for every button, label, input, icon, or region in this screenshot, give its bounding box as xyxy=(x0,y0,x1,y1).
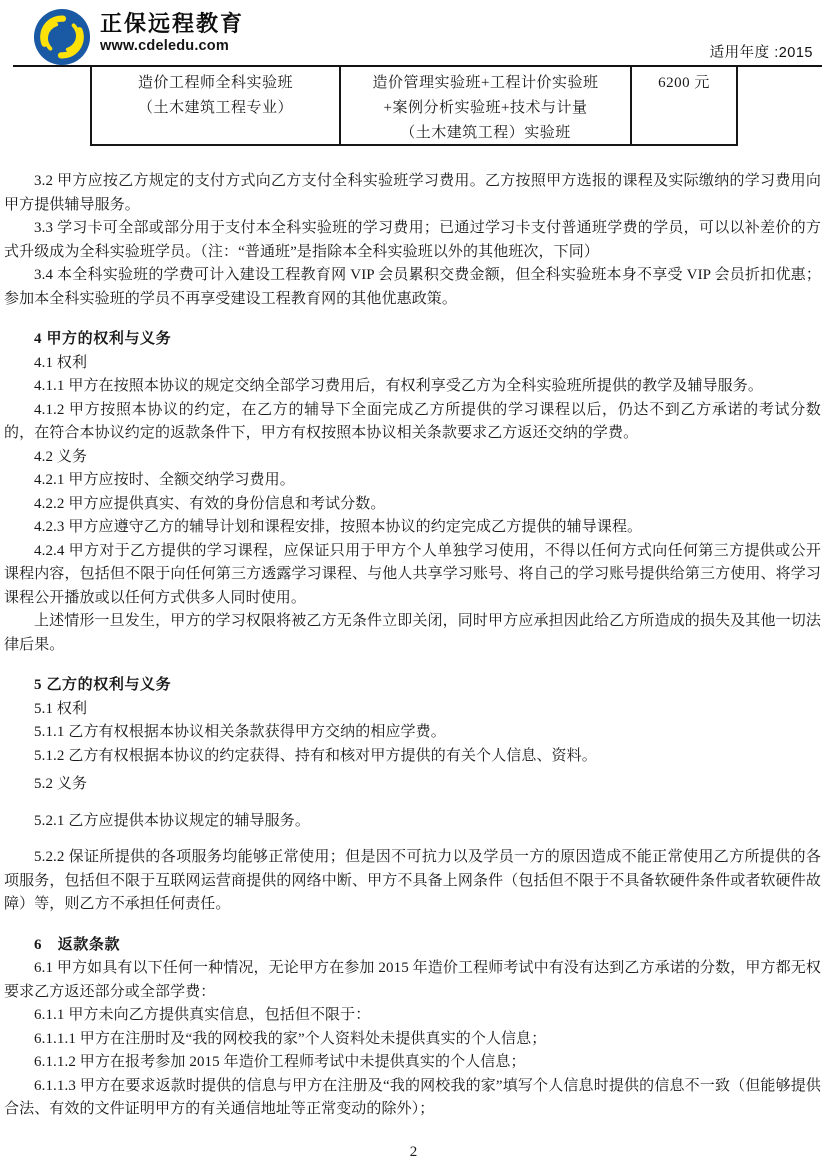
paragraph: 4.2 义务 xyxy=(4,446,821,470)
paragraph: 5.2.1 乙方应提供本协议规定的辅导服务。 xyxy=(4,810,821,834)
paragraph: 6.1 甲方如具有以下任何一种情况，无论甲方在参加 2015 年造价工程师考试中… xyxy=(4,957,821,1004)
table-cell-course-combo: 造价管理实验班+工程计价实验班 +案例分析实验班+技术与计量 （土木建筑工程）实… xyxy=(341,67,632,144)
paragraph: 上述情形一旦发生，甲方的学习权限将被乙方无条件立即关闭，同时甲方应承担因此给乙方… xyxy=(4,610,821,657)
class-name-line: （土木建筑工程专业） xyxy=(92,96,339,121)
table-cell-price: 6200 元 xyxy=(632,67,738,144)
paragraph: 5.1.1 乙方有权根据本协议相关条款获得甲方交纳的相应学费。 xyxy=(4,721,821,745)
document-body: 3.2 甲方应按乙方规定的支付方式向乙方支付全科实验班学习费用。乙方按照甲方选报… xyxy=(0,146,827,1122)
brand-name: 正保远程教育 xyxy=(100,13,244,35)
paragraph: 5.2.2 保证所提供的各项服务均能够正常使用；但是因不可抗力以及学员一方的原因… xyxy=(4,846,821,917)
paragraph: 6.1.1 甲方未向乙方提供真实信息，包括但不限于： xyxy=(4,1004,821,1028)
paragraph: 4.2.3 甲方应遵守乙方的辅导计划和课程安排，按照本协议的约定完成乙方提供的辅… xyxy=(4,516,821,540)
price-value: 6200 元 xyxy=(632,71,736,96)
class-name-line: 造价工程师全科实验班 xyxy=(92,71,339,96)
paragraph: 5.2 义务 xyxy=(4,773,821,797)
course-combo-line: 造价管理实验班+工程计价实验班 xyxy=(341,71,630,96)
paragraph: 4.2.4 甲方对于乙方提供的学习课程，应保证只用于甲方个人单独学习使用，不得以… xyxy=(4,540,821,611)
paragraph: 3.2 甲方应按乙方规定的支付方式向乙方支付全科实验班学习费用。乙方按照甲方选报… xyxy=(4,170,821,217)
section-heading: 4 甲方的权利与义务 xyxy=(4,328,821,352)
paragraph: 6.1.1.3 甲方在要求返款时提供的信息与甲方在注册及“我的网校我的家”填写个… xyxy=(4,1075,821,1122)
page-header: 正保远程教育 www.cdeledu.com 适用年度 :2015 xyxy=(0,0,827,67)
brand-swirl-logo-icon xyxy=(33,8,91,66)
brand-block: 正保远程教育 www.cdeledu.com xyxy=(100,13,244,54)
table-cell-class-name: 造价工程师全科实验班 （土木建筑工程专业） xyxy=(90,67,341,144)
section-heading: 6 返款条款 xyxy=(4,934,821,958)
paragraph: 6.1.1.1 甲方在注册时及“我的网校我的家”个人资料处未提供真实的个人信息； xyxy=(4,1028,821,1052)
paragraph: 5.1.2 乙方有权根据本协议的约定获得、持有和核对甲方提供的有关个人信息、资料… xyxy=(4,745,821,769)
section-heading: 5 乙方的权利与义务 xyxy=(4,674,821,698)
paragraph: 4.1.2 甲方按照本协议的约定，在乙方的辅导下全面完成乙方所提供的学习课程以后… xyxy=(4,399,821,446)
course-price-table: 造价工程师全科实验班 （土木建筑工程专业） 造价管理实验班+工程计价实验班 +案… xyxy=(90,67,738,146)
header-divider xyxy=(13,65,822,67)
course-combo-line: +案例分析实验班+技术与计量 xyxy=(341,96,630,121)
paragraph: 4.2.2 甲方应提供真实、有效的身份信息和考试分数。 xyxy=(4,493,821,517)
course-combo-line: （土木建筑工程）实验班 xyxy=(341,121,630,146)
paragraph: 3.4 本全科实验班的学费可计入建设工程教育网 VIP 会员累积交费金额，但全科… xyxy=(4,264,821,311)
paragraph: 3.3 学习卡可全部或部分用于支付本全科实验班的学习费用；已通过学习卡支付普通班… xyxy=(4,217,821,264)
applicable-year-label: 适用年度 :2015 xyxy=(710,41,813,62)
paragraph: 4.1 权利 xyxy=(4,352,821,376)
brand-website: www.cdeledu.com xyxy=(100,39,244,54)
paragraph: 4.2.1 甲方应按时、全额交纳学习费用。 xyxy=(4,469,821,493)
paragraph: 5.1 权利 xyxy=(4,698,821,722)
paragraph: 4.1.1 甲方在按照本协议的规定交纳全部学习费用后，有权利享受乙方为全科实验班… xyxy=(4,375,821,399)
page-number: 2 xyxy=(0,1144,827,1161)
paragraph: 6.1.1.2 甲方在报考参加 2015 年造价工程师考试中未提供真实的个人信息… xyxy=(4,1051,821,1075)
